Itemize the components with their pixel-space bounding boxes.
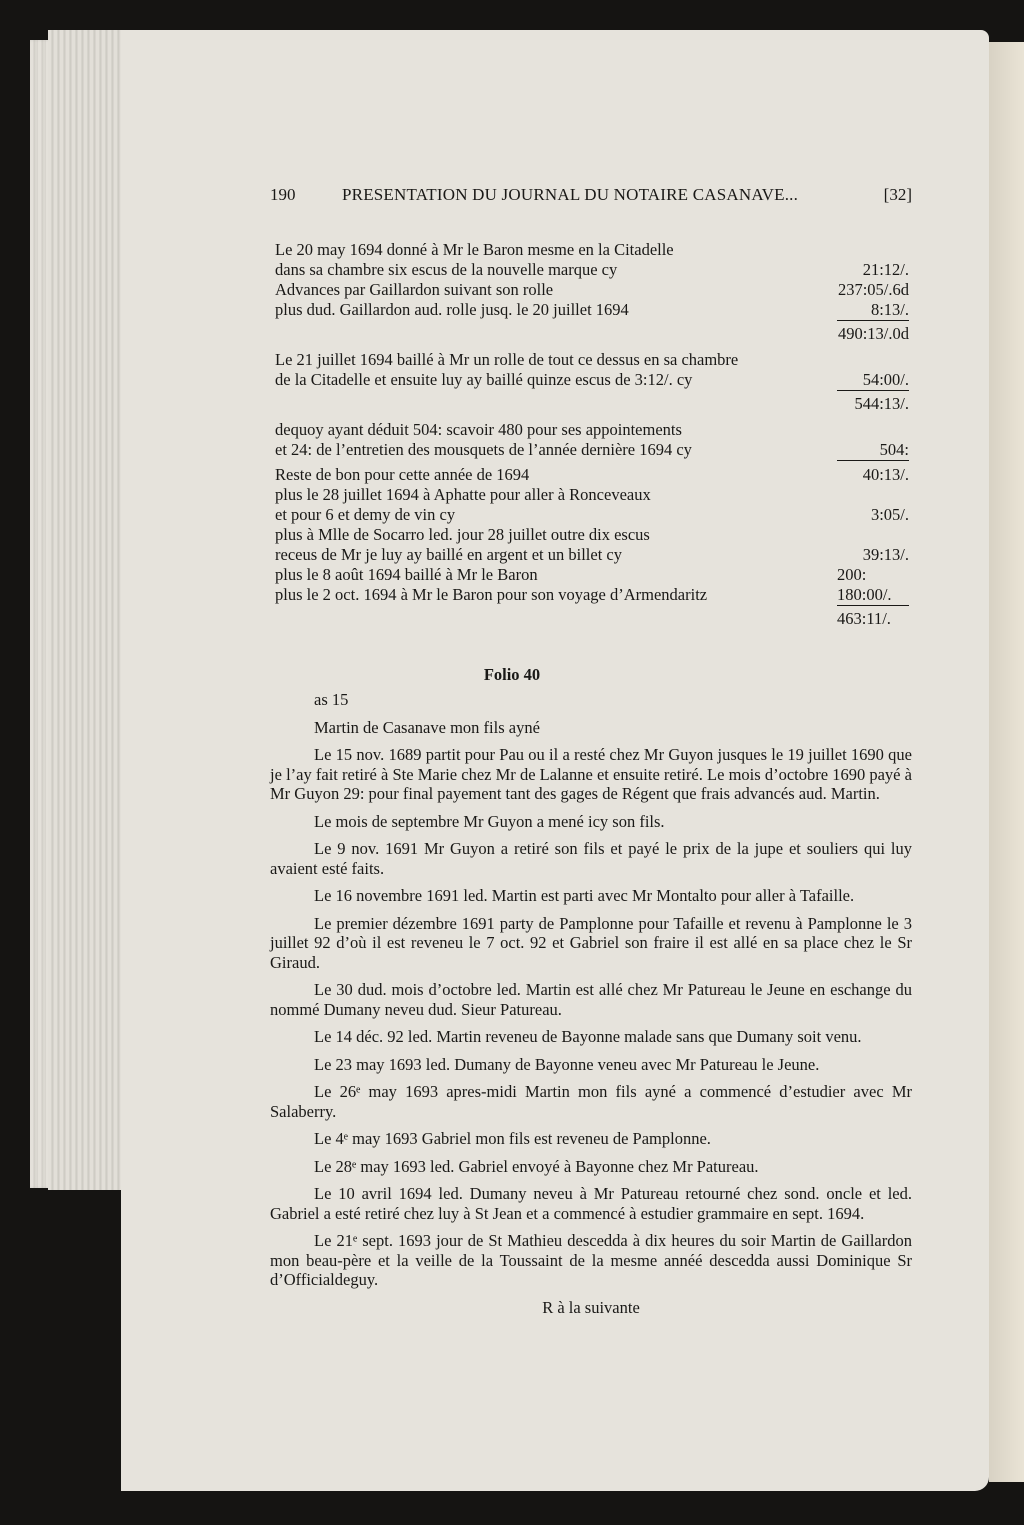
paragraph: Le 9 nov. 1691 Mr Guyon a retiré son fil…: [270, 839, 912, 878]
ledger-row: et 24: de l’entretien des mousquets de l…: [275, 440, 909, 460]
ledger-amount: 200:: [837, 565, 909, 585]
ledger-row: receus de Mr je luy ay baillé en argent …: [275, 545, 909, 565]
running-header: 190 PRESENTATION DU JOURNAL DU NOTAIRE C…: [270, 185, 912, 205]
paragraph: Le premier dézembre 1691 party de Pamplo…: [270, 914, 912, 973]
ledger-subtotal: 490:13/.0d: [819, 324, 909, 344]
ledger-row: plus le 8 août 1694 baillé à Mr le Baron…: [275, 565, 909, 585]
paragraph: Le 14 déc. 92 led. Martin reveneu de Bay…: [270, 1027, 912, 1047]
ledger-row: plus à Mlle de Socarro led. jour 28 juil…: [275, 525, 909, 545]
ledger-amount: 54:00/.: [837, 370, 909, 391]
ledger-subtotal: 544:13/.: [837, 394, 909, 414]
ledger-row: plus le 28 juillet 1694 à Aphatte pour a…: [275, 485, 909, 505]
ledger-row: Reste de bon pour cette année de 169440:…: [275, 465, 909, 485]
ledger-row: plus dud. Gaillardon aud. rolle jusq. le…: [275, 300, 909, 320]
paragraph: Le 21ᵉ sept. 1693 jour de St Mathieu des…: [270, 1231, 912, 1290]
paragraph: Le 26ᵉ may 1693 apres-midi Martin mon fi…: [270, 1082, 912, 1121]
paragraph: Le 16 novembre 1691 led. Martin est part…: [270, 886, 912, 906]
ledger-amount: 21:12/.: [837, 260, 909, 280]
page-number: 190: [270, 185, 296, 205]
running-title: PRESENTATION DU JOURNAL DU NOTAIRE CASAN…: [342, 185, 798, 205]
ledger-amount: 3:05/.: [837, 505, 909, 525]
folio-subject: Martin de Casanave mon fils ayné: [270, 718, 912, 738]
ledger-subtotal-row: 544:13/.: [275, 394, 909, 414]
paragraph: Le 23 may 1693 led. Dumany de Bayonne ve…: [270, 1055, 912, 1075]
ledger-row: Le 21 juillet 1694 baillé à Mr un rolle …: [275, 350, 909, 370]
ledger-row: dequoy ayant déduit 504: scavoir 480 pou…: [275, 420, 909, 440]
section-reference: [32]: [884, 185, 912, 205]
ledger-total: 463:11/.: [837, 609, 909, 629]
as-line: as 15: [270, 690, 912, 710]
paragraph: Le 30 dud. mois d’octobre led. Martin es…: [270, 980, 912, 1019]
folio-body: as 15 Martin de Casanave mon fils ayné L…: [270, 690, 912, 1325]
ledger-subtotal-row: 490:13/.0d: [275, 324, 909, 344]
ledger-total-row: 463:11/.: [275, 609, 909, 629]
ledger-amount: 237:05/.6d: [819, 280, 909, 300]
paragraph: Le 4ᵉ may 1693 Gabriel mon fils est reve…: [270, 1129, 912, 1149]
ledger-amount: 180:00/.: [837, 585, 909, 606]
ledger-row: Advances par Gaillardon suivant son roll…: [275, 280, 909, 300]
ledger-row: plus le 2 oct. 1694 à Mr le Baron pour s…: [275, 585, 909, 605]
closing-note: R à la suivante: [270, 1298, 912, 1318]
folio-heading: Folio 40: [0, 665, 1024, 685]
paragraph: Le 28ᵉ may 1693 led. Gabriel envoyé à Ba…: [270, 1157, 912, 1177]
ledger-row: dans sa chambre six escus de la nouvelle…: [275, 260, 909, 280]
book-page-edges-inner: [48, 30, 122, 1190]
ledger-amount: 39:13/.: [837, 545, 909, 565]
ledger-amount: 8:13/.: [837, 300, 909, 321]
ledger-amount: 504:: [837, 440, 909, 461]
paragraph: Le 10 avril 1694 led. Dumany neveu à Mr …: [270, 1184, 912, 1223]
ledger-row: et pour 6 et demy de vin cy3:05/.: [275, 505, 909, 525]
ledger-amount: 40:13/.: [837, 465, 909, 485]
ledger-row: Le 20 may 1694 donné à Mr le Baron mesme…: [275, 240, 909, 260]
paragraph: Le 15 nov. 1689 partit pour Pau ou il a …: [270, 745, 912, 804]
paragraph: Le mois de septembre Mr Guyon a mené icy…: [270, 812, 912, 832]
facing-page-edge: [989, 42, 1024, 1482]
account-ledger: Le 20 may 1694 donné à Mr le Baron mesme…: [275, 240, 909, 629]
ledger-row: de la Citadelle et ensuite luy ay baillé…: [275, 370, 909, 390]
